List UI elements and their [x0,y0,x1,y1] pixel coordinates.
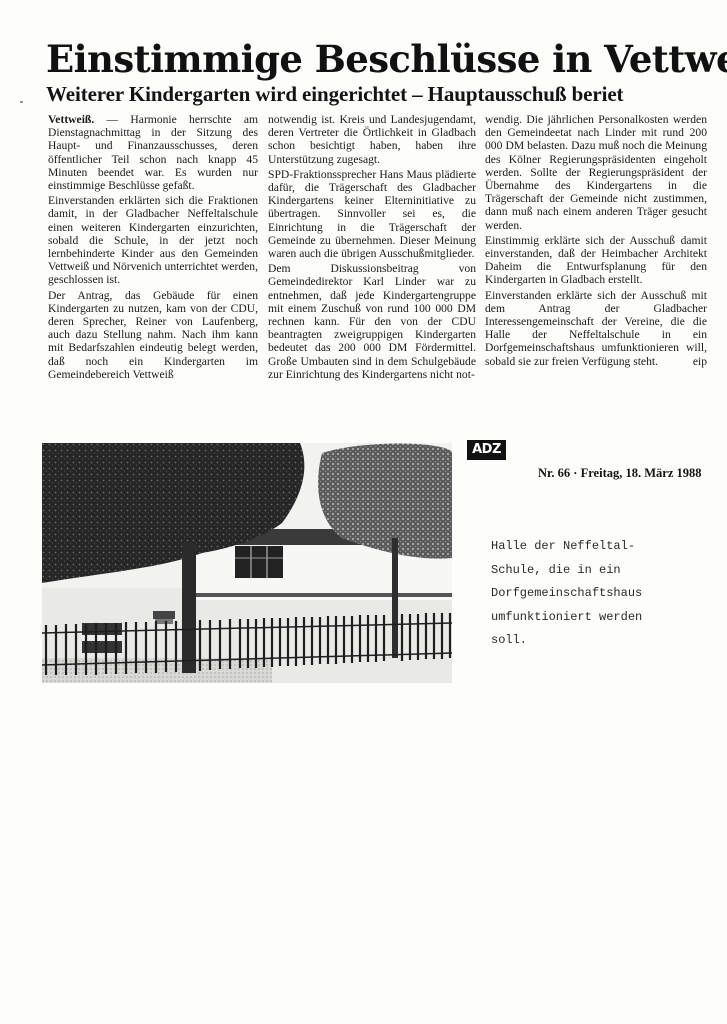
headline: Einstimmige Beschlüsse in Vettweiß [46,38,706,80]
newspaper-logo: ADZ [467,440,506,460]
paragraph: Einstimmig erklärte sich der Ausschuß da… [485,234,707,287]
photo-illustration [42,443,452,683]
dateline: Vettweiß. [48,113,94,126]
paragraph: Einverstanden erklärten sich die Fraktio… [48,194,258,286]
paragraph: notwendig ist. Kreis und Landesjugendamt… [268,113,476,166]
paragraph: Dem Diskussionsbeitrag von Gemeindedirek… [268,262,476,381]
article-body: Vettweiß. — Harmonie herrschte am Dienst… [48,113,710,429]
newspaper-clipping: Einstimmige Beschlüsse in Vettweiß Weite… [0,0,727,1024]
author-initials: eip [693,355,707,368]
paragraph: wendig. Die jährlichen Personalkosten we… [485,113,707,232]
photo-caption: Halle der Neffeltal- Schule, die in ein … [491,535,691,653]
subheadline: Weiterer Kindergarten wird eingerichtet … [46,82,711,106]
paragraph: Der Antrag, das Gebäude für einen Kinder… [48,289,258,381]
article-column-3: wendig. Die jährlichen Personalkosten we… [485,113,707,368]
issue-date-line: Nr. 66 · Freitag, 18. März 1988 [538,466,702,481]
paragraph: Einverstanden erklärte sich der Ausschuß… [485,289,707,368]
paragraph: SPD-Fraktionssprecher Hans Maus plädiert… [268,168,476,260]
article-column-1: Vettweiß. — Harmonie herrschte am Dienst… [48,113,258,381]
article-column-2: notwendig ist. Kreis und Landesjugendamt… [268,113,476,381]
paragraph: Vettweiß. — Harmonie herrschte am Dienst… [48,113,258,192]
school-hall-photo [42,443,452,683]
scan-speck [20,101,23,103]
